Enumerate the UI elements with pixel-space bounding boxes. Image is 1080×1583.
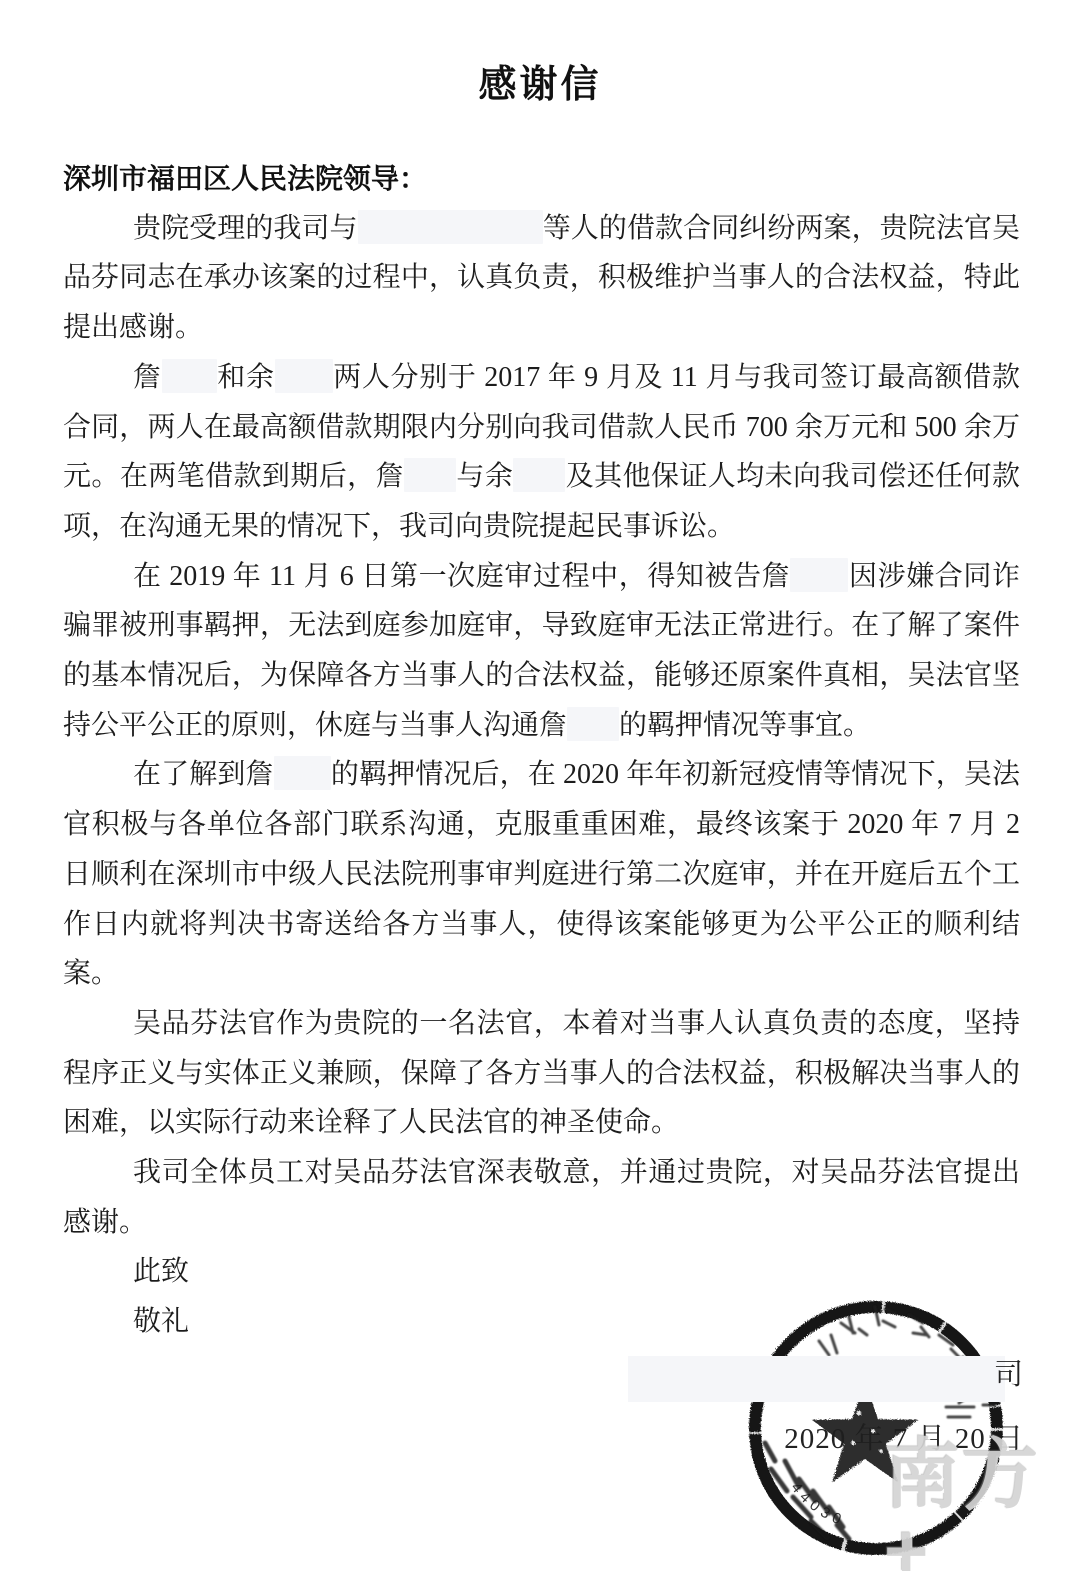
company-name-suffix: 司 bbox=[994, 1352, 1023, 1393]
paragraph: 在了解到詹的羁押情况后，在 2020 年年初新冠疫情等情况下，吴法官积极与各单位… bbox=[63, 750, 1020, 999]
redaction-box bbox=[404, 458, 456, 492]
paragraphs: 贵院受理的我司与等人的借款合同纠纷两案，贵院法官吴品芬同志在承办该案的过程中，认… bbox=[63, 204, 1020, 1248]
text-run: 在了解到詹 bbox=[133, 759, 274, 790]
nanfang-plus-watermark: 南方+ bbox=[884, 1438, 1080, 1583]
text-run: 和余 bbox=[217, 362, 275, 393]
text-run: 与余 bbox=[456, 461, 513, 492]
letter-body: 深圳市福田区人民法院领导： 贵院受理的我司与等人的借款合同纠纷两案，贵院法官吴品… bbox=[63, 154, 1020, 1347]
text-run: 詹 bbox=[133, 362, 162, 393]
text-run: 在 2019 年 11 月 6 日第一次庭审过程中，得知被告詹 bbox=[133, 561, 790, 592]
paragraph: 在 2019 年 11 月 6 日第一次庭审过程中，得知被告詹因涉嫌合同诈骗罪被… bbox=[63, 552, 1020, 751]
text-run: 的羁押情况等事宜。 bbox=[619, 710, 871, 741]
redaction-box bbox=[513, 458, 565, 492]
company-name-redaction bbox=[628, 1356, 1005, 1402]
paragraph: 吴品芬法官作为贵院的一名法官，本着对当事人认真负责的态度，坚持程序正义与实体正义… bbox=[63, 999, 1020, 1148]
letter-title: 感谢信 bbox=[0, 62, 1080, 108]
redaction-box bbox=[567, 707, 619, 741]
paragraph: 贵院受理的我司与等人的借款合同纠纷两案，贵院法官吴品芬同志在承办该案的过程中，认… bbox=[63, 204, 1020, 353]
text-run: 吴品芬法官作为贵院的一名法官，本着对当事人认真负责的态度，坚持程序正义与实体正义… bbox=[63, 1008, 1020, 1138]
closing-cizhi: 此致 bbox=[63, 1247, 1020, 1297]
paragraph: 我司全体员工对吴品芬法官深表敬意，并通过贵院，对吴品芬法官提出感谢。 bbox=[63, 1148, 1020, 1247]
paragraph: 詹和余两人分别于 2017 年 9 月及 11 月与我司签订最高额借款合同，两人… bbox=[63, 353, 1020, 552]
text-run: 贵院受理的我司与 bbox=[133, 213, 358, 244]
redaction-box bbox=[358, 210, 543, 244]
redaction-box bbox=[275, 359, 333, 393]
redaction-box bbox=[162, 359, 217, 393]
text-run: 的羁押情况后，在 2020 年年初新冠疫情等情况下，吴法官积极与各单位各部门联系… bbox=[63, 759, 1020, 989]
salutation: 深圳市福田区人民法院领导： bbox=[63, 154, 1020, 204]
redaction-box bbox=[790, 558, 848, 592]
text-run: 我司全体员工对吴品芬法官深表敬意，并通过贵院，对吴品芬法官提出感谢。 bbox=[63, 1157, 1020, 1238]
redaction-box bbox=[274, 756, 331, 790]
letter-page: 感谢信 深圳市福田区人民法院领导： 贵院受理的我司与等人的借款合同纠纷两案，贵院… bbox=[0, 0, 1080, 1583]
